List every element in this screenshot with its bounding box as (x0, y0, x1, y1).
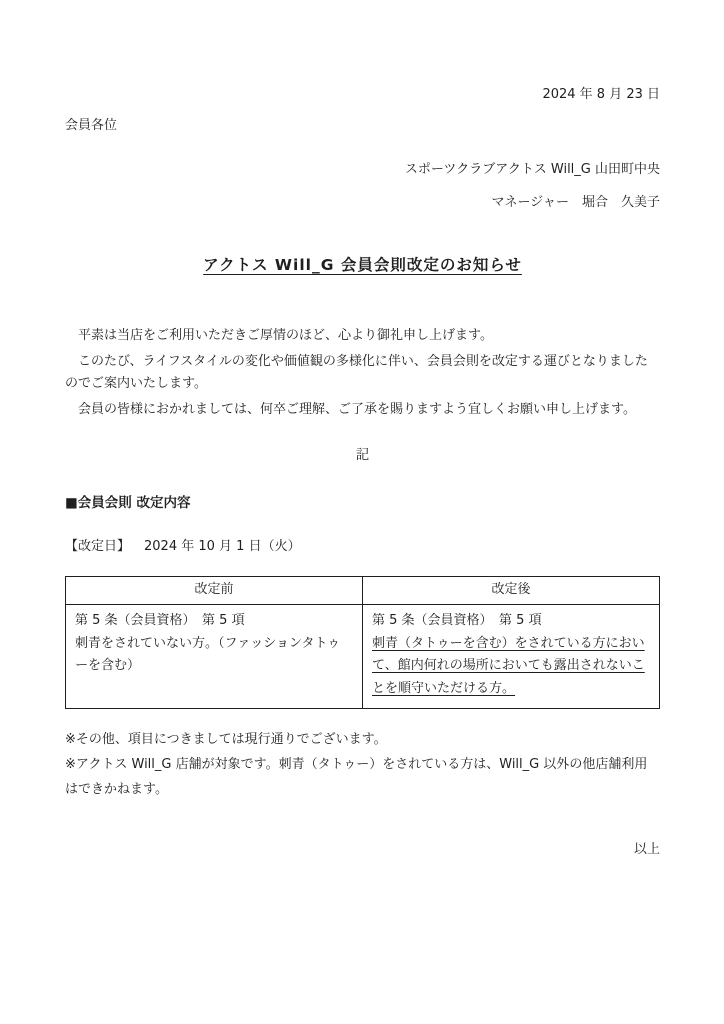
note-1: ※その他、項目につきましては現行通りでございます。 (65, 727, 660, 752)
table-header-row: 改定前 改定後 (66, 577, 660, 605)
document-page: 2024 年 8 月 23 日 会員各位 スポーツクラブアクトス Will_G … (0, 0, 724, 1024)
notes-block: ※その他、項目につきましては現行通りでございます。 ※アクトス Will_G 店… (65, 727, 660, 802)
sender-block: スポーツクラブアクトス Will_G 山田町中央 マネージャー 堀合 久美子 (65, 153, 660, 219)
table-cell-after: 第 5 条（会員資格） 第 5 項 刺青（タトゥーを含む）をされている方において… (363, 605, 660, 709)
section-heading: ■会員会則 改定内容 (65, 491, 660, 511)
record-marker: 記 (65, 443, 660, 463)
table-cell-before: 第 5 条（会員資格） 第 5 項 刺青をされていない方。（ファッションタトゥー… (66, 605, 363, 709)
body-paragraph-1: 平素は当店をご利用いただきご厚情のほど、心より御礼申し上げます。 (65, 325, 660, 347)
table-header-after: 改定後 (363, 577, 660, 605)
closing-marker: 以上 (65, 838, 660, 857)
document-date: 2024 年 8 月 23 日 (65, 86, 660, 104)
body-block: 平素は当店をご利用いただきご厚情のほど、心より御礼申し上げます。 このたび、ライ… (65, 325, 660, 421)
after-clause-line: 第 5 条（会員資格） 第 5 項 (372, 610, 650, 633)
document-title-text: アクトス Will_G 会員会則改定のお知らせ (203, 256, 522, 274)
recipient-line: 会員各位 (65, 114, 660, 133)
table-body-row: 第 5 条（会員資格） 第 5 項 刺青をされていない方。（ファッションタトゥー… (66, 605, 660, 709)
document-title: アクトス Will_G 会員会則改定のお知らせ (65, 253, 660, 275)
sender-person: マネージャー 堀合 久美子 (65, 186, 660, 219)
revision-date-label: 【改定日】 (65, 539, 130, 554)
revision-comparison-table: 改定前 改定後 第 5 条（会員資格） 第 5 項 刺青をされていない方。（ファ… (65, 576, 660, 709)
revision-date-line: 【改定日】2024 年 10 月 1 日（火） (65, 535, 660, 554)
body-paragraph-3: 会員の皆様におかれましては、何卒ご理解、ご了承を賜りますよう宜しくお願い申し上げ… (65, 399, 660, 421)
sender-organization: スポーツクラブアクトス Will_G 山田町中央 (65, 153, 660, 186)
table-header-before: 改定前 (66, 577, 363, 605)
after-rule-text: 刺青（タトゥーを含む）をされている方において、館内何れの場所においても露出されな… (372, 636, 645, 696)
body-paragraph-2: このたび、ライフスタイルの変化や価値観の多様化に伴い、会員会則を改定する運びとな… (65, 351, 660, 395)
note-2: ※アクトス Will_G 店舗が対象です。刺青（タトゥー）をされている方は、Wi… (65, 752, 660, 802)
before-rule-text: 刺青をされていない方。（ファッションタトゥーを含む） (75, 633, 353, 678)
before-clause-line: 第 5 条（会員資格） 第 5 項 (75, 610, 353, 633)
revision-date-value: 2024 年 10 月 1 日（火） (144, 539, 301, 554)
